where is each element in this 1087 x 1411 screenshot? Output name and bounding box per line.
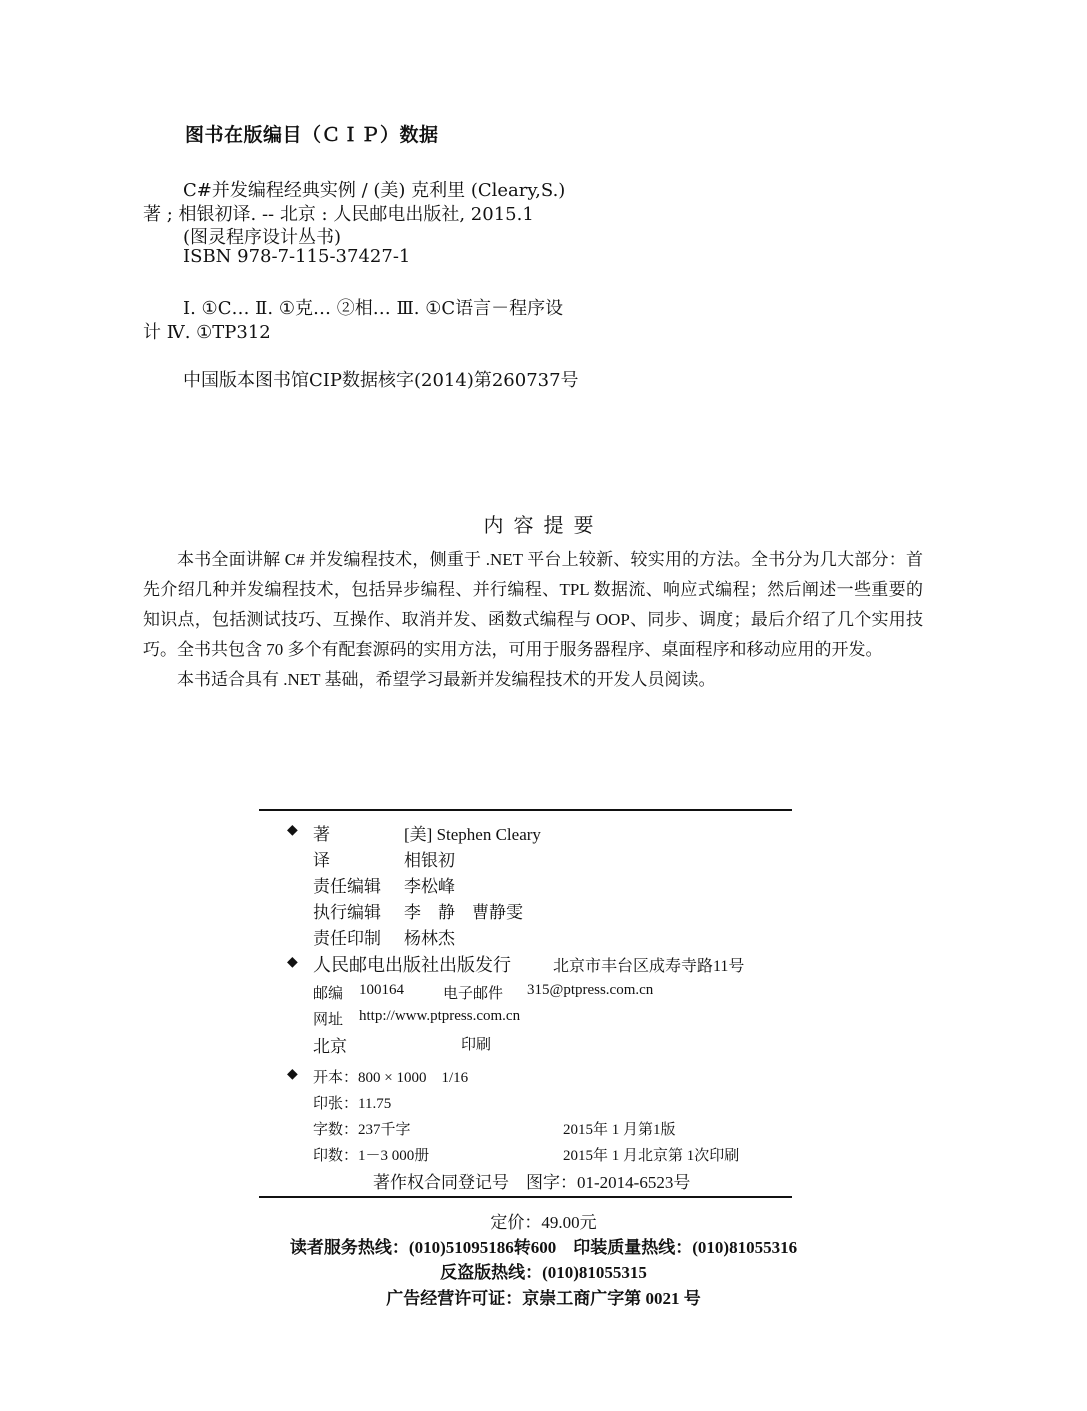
summary-body: 本书全面讲解 C# 并发编程技术，侧重于 .NET 平台上较新、较实用的方法。全… (143, 545, 923, 695)
credit-value-exec-editor: 李 静 曹静雯 (404, 898, 523, 923)
printer-city: 北京 (313, 1032, 347, 1057)
credit-label-translator: 译 (313, 846, 330, 871)
publisher-address: 北京市丰台区成寿寺路11号 (553, 953, 744, 976)
credit-label-production: 责任印制 (313, 924, 381, 949)
website-label: 网址 (313, 1008, 343, 1029)
email-value: 315@ptpress.com.cn (527, 982, 653, 999)
copyright-registration: 著作权合同登记号 图字：01-2014-6523号 (373, 1168, 690, 1193)
bullet-diamond-icon: ◆ (287, 1066, 298, 1083)
ad-license: 广告经营许可证：京崇工商广字第 0021 号 (0, 1284, 1087, 1309)
spec-format: 开本：800 × 1000 1/16 (313, 1066, 468, 1087)
bullet-diamond-icon: ◆ (287, 822, 298, 839)
spec-print-count: 印数：1－3 000册 (313, 1144, 429, 1165)
summary-paragraph-1: 本书全面讲解 C# 并发编程技术，侧重于 .NET 平台上较新、较实用的方法。全… (143, 545, 923, 665)
spec-words: 字数：237千字 (313, 1118, 411, 1139)
website-value: http://www.ptpress.com.cn (359, 1008, 520, 1025)
divider-bottom (259, 1196, 792, 1198)
publisher-name: 人民邮电出版社出版发行 (313, 951, 511, 977)
credit-label-author: 著 (313, 820, 330, 845)
cip-isbn: ISBN 978-7-115-37427-1 (183, 246, 410, 267)
spec-edition: 2015年 1 月第1版 (563, 1118, 676, 1139)
cip-classification-2: 计 Ⅳ. ①TP312 (143, 318, 271, 344)
printer-suffix: 印刷 (461, 1033, 491, 1054)
service-hotlines: 读者服务热线：(010)51095186转600 印装质量热线：(010)810… (0, 1233, 1087, 1258)
spec-sheets: 印张：11.75 (313, 1092, 391, 1113)
cip-line-title: C#并发编程经典实例 / (美) 克利里 (Cleary,S.) (183, 176, 565, 202)
credit-value-production: 杨林杰 (404, 924, 455, 949)
bullet-diamond-icon: ◆ (287, 954, 298, 971)
cip-title: 图书在版编目（ＣＩＰ）数据 (185, 120, 439, 147)
postcode-label: 邮编 (313, 982, 343, 1003)
summary-title: 内容提要 (0, 509, 1087, 538)
postcode-value: 100164 (359, 982, 404, 999)
spec-printing: 2015年 1 月北京第 1次印刷 (563, 1144, 739, 1165)
price: 定价：49.00元 (0, 1208, 1087, 1233)
email-label: 电子邮件 (443, 982, 503, 1003)
credit-value-translator: 相银初 (404, 846, 455, 871)
credit-label-exec-editor: 执行编辑 (313, 898, 381, 923)
cip-classification-1: Ⅰ. ①C… Ⅱ. ①克… ②相… Ⅲ. ①C语言－程序设 (183, 294, 563, 320)
divider-top (259, 809, 792, 811)
summary-paragraph-2: 本书适合具有 .NET 基础，希望学习最新并发编程技术的开发人员阅读。 (143, 665, 923, 695)
credit-value-editor: 李松峰 (404, 872, 455, 897)
cip-record-number: 中国版本图书馆CIP数据核字(2014)第260737号 (183, 366, 579, 392)
credit-value-author: [美] Stephen Cleary (404, 820, 541, 845)
antipiracy-hotline: 反盗版热线：(010)81055315 (0, 1258, 1087, 1283)
credit-label-editor: 责任编辑 (313, 872, 381, 897)
